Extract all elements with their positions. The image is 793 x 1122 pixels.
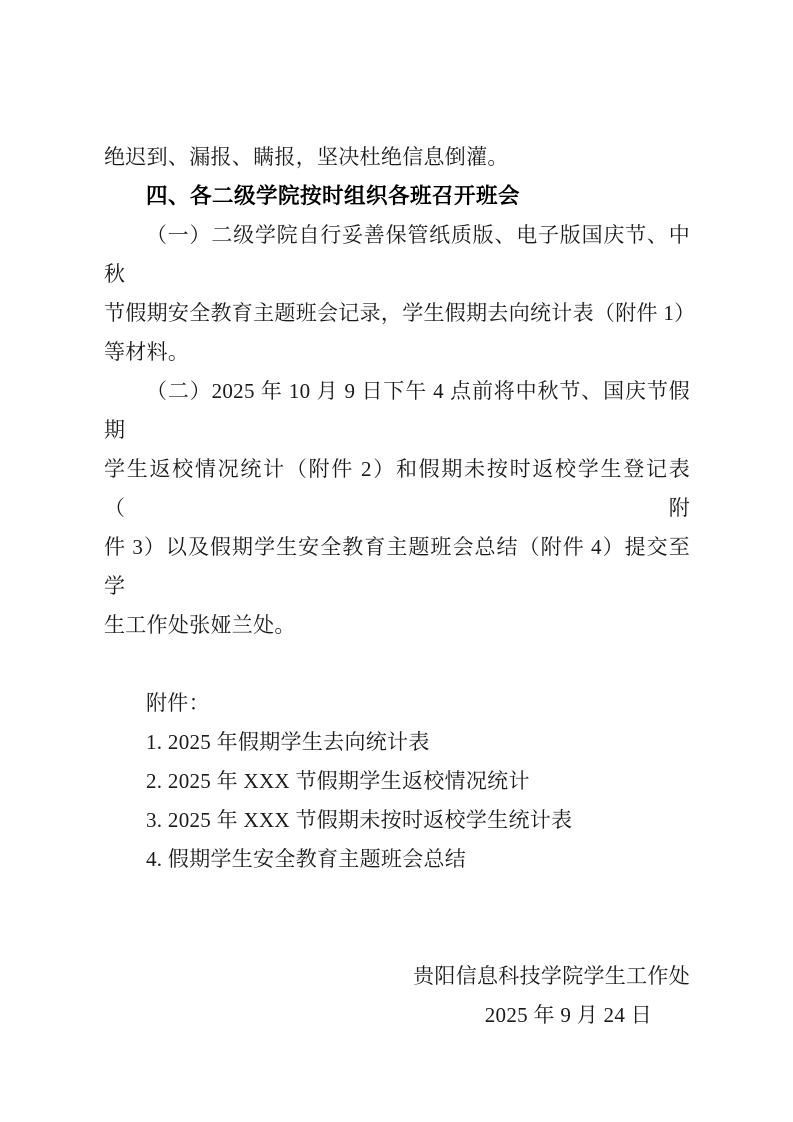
- attachment-item-1: 1. 2025 年假期学生去向统计表: [104, 723, 690, 762]
- paragraph-item-2: （二）2025 年 10 月 9 日下午 4 点前将中秋节、国庆节假期学生返校情…: [104, 372, 690, 645]
- attachment-item-2: 2. 2025 年 XXX 节假期学生返校情况统计: [104, 762, 690, 801]
- document-page: 绝迟到、漏报、瞒报，坚决杜绝信息倒灌。四、各二级学院按时组织各班召开班会（一）二…: [0, 0, 793, 1122]
- text-line: 2. 2025 年 XXX 节假期学生返校情况统计: [104, 762, 690, 801]
- attachment-item-4: 4. 假期学生安全教育主题班会总结: [104, 840, 690, 879]
- paragraph-item-1: （一）二级学院自行妥善保管纸质版、电子版国庆节、中秋节假期安全教育主题班会记录，…: [104, 216, 690, 372]
- text-line: 生工作处张娅兰处。: [104, 606, 690, 645]
- text-line: 节假期安全教育主题班会记录，学生假期去向统计表（附件 1）: [104, 294, 690, 333]
- text-line: 学生返校情况统计（附件 2）和假期未按时返校学生登记表（附: [104, 450, 690, 528]
- signature-block: 贵阳信息科技学院学生工作处2025 年 9 月 24 日: [104, 957, 690, 1035]
- blank-gap-2: [104, 879, 690, 957]
- text-line: （二）2025 年 10 月 9 日下午 4 点前将中秋节、国庆节假期: [104, 372, 690, 450]
- signature-org: 贵阳信息科技学院学生工作处: [104, 957, 690, 996]
- document-content: 绝迟到、漏报、瞒报，坚决杜绝信息倒灌。四、各二级学院按时组织各班召开班会（一）二…: [104, 138, 690, 1035]
- text-line: 件 3）以及假期学生安全教育主题班会总结（附件 4）提交至学: [104, 528, 690, 606]
- blank-gap-1: [104, 645, 690, 684]
- text-line: 4. 假期学生安全教育主题班会总结: [104, 840, 690, 879]
- text-line: 1. 2025 年假期学生去向统计表: [104, 723, 690, 762]
- section-heading-line: 四、各二级学院按时组织各班召开班会: [104, 177, 690, 216]
- signature-date: 2025 年 9 月 24 日: [104, 996, 690, 1035]
- section-heading: 四、各二级学院按时组织各班召开班会: [104, 177, 690, 216]
- text-line: 等材料。: [104, 333, 690, 372]
- text-line: 3. 2025 年 XXX 节假期未按时返校学生统计表: [104, 801, 690, 840]
- paragraph-carryover: 绝迟到、漏报、瞒报，坚决杜绝信息倒灌。: [104, 138, 690, 177]
- attachments-label: 附件：: [104, 684, 690, 723]
- text-line: （一）二级学院自行妥善保管纸质版、电子版国庆节、中秋: [104, 216, 690, 294]
- text-line: 附件：: [104, 684, 690, 723]
- attachment-item-3: 3. 2025 年 XXX 节假期未按时返校学生统计表: [104, 801, 690, 840]
- text-line: 绝迟到、漏报、瞒报，坚决杜绝信息倒灌。: [104, 138, 690, 177]
